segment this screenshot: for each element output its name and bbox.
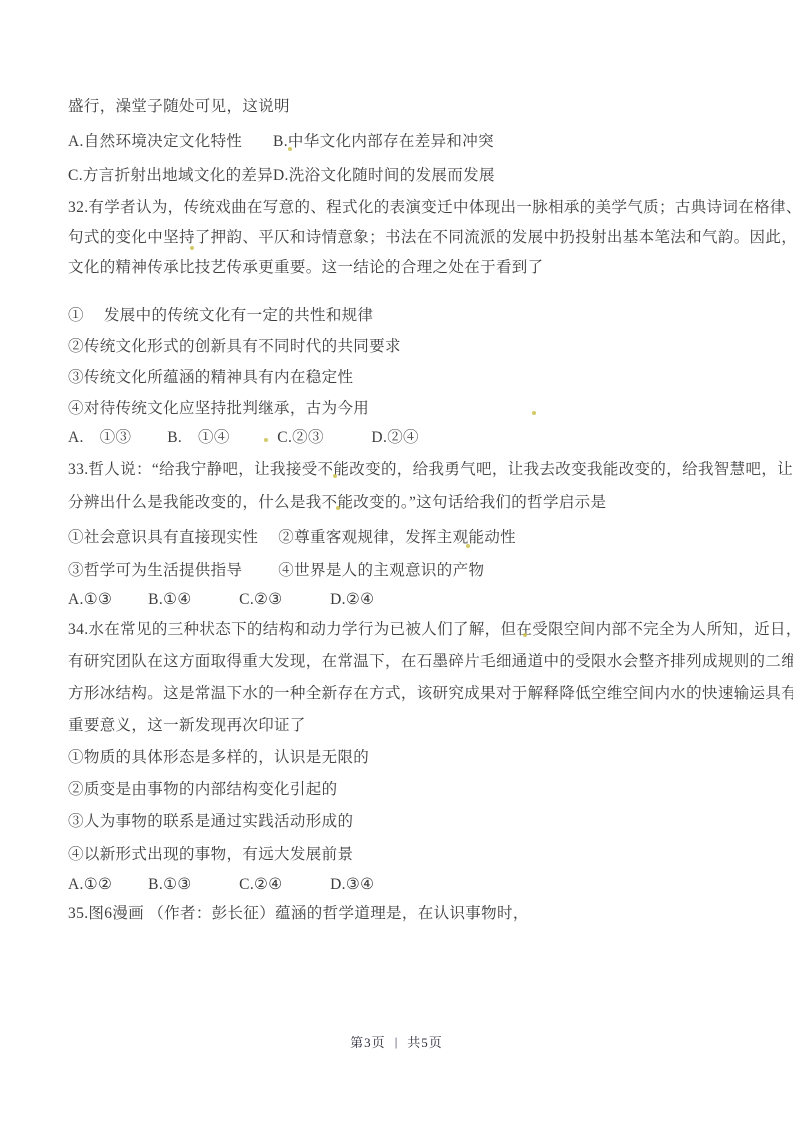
q34-stem-line3: 方形冰结构。这是常温下水的一种全新存在方式，该研究成果对于解释降低空维空间内水的… [68, 683, 738, 705]
q34-stem-line2: 有研究团队在这方面取得重大发现，在常温下，在石墨碎片毛细通道中的受限水会整齐排列… [68, 651, 738, 673]
scan-artifact-dot [288, 147, 292, 151]
footer-page-number: 第3页 [350, 1032, 386, 1051]
q34-answer-row: A.①② B.①③ C.②④ D.③④ [68, 874, 738, 896]
q34-item-2: ②质变是由事物的内部结构变化引起的 [68, 779, 738, 801]
document-page: 盛行，澡堂子随处可见，这说明 A.自然环境决定文化特性 B.中华文化内部存在差异… [0, 0, 793, 1122]
scan-artifact-dot [190, 246, 194, 250]
q32-item-4: ④对待传统文化应坚持批判继承，古为今用 [68, 398, 738, 420]
q32-stem-line1: 32.有学者认为，传统戏曲在写意的、程式化的表演变迁中体现出一脉相承的美学气质；… [68, 197, 738, 219]
q32-item-1: ① 发展中的传统文化有一定的共性和规律 [68, 305, 738, 327]
footer-separator: | [395, 1034, 399, 1050]
q33-answer-row: A.①③ B.①④ C.②③ D.②④ [68, 589, 738, 611]
q33-items-row1: ①社会意识具有直接现实性 ②尊重客观规律，发挥主观能动性 [68, 527, 738, 549]
footer-total-pages: 共5页 [407, 1032, 443, 1051]
scan-artifact-dot [532, 411, 536, 415]
scan-artifact-dot [333, 474, 337, 478]
page-footer: 第3页 | 共5页 [0, 1032, 793, 1051]
scan-artifact-dot [336, 506, 340, 510]
q34-stem-line1: 34.水在常见的三种状态下的结构和动力学行为已被人们了解，但在受限空间内部不完全… [68, 619, 738, 641]
q34-item-1: ①物质的具体形态是多样的，认识是无限的 [68, 747, 738, 769]
q31-option-d: D.洗浴文化随时间的发展而发展 [273, 165, 738, 187]
q33-stem-line1: 33.哲人说：“给我宁静吧，让我接受不能改变的，给我勇气吧，让我去改变我能改变的… [68, 459, 738, 481]
q32-item-3: ③传统文化所蕴涵的精神具有内在稳定性 [68, 367, 738, 389]
q32-stem-line3: 文化的精神传承比技艺传承更重要。这一结论的合理之处在于看到了 [68, 257, 738, 279]
q35-stem-line1: 35.图6漫画 （作者：彭长征）蕴涵的哲学道理是，在认识事物时， [68, 903, 738, 925]
q34-item-3: ③人为事物的联系是通过实践活动形成的 [68, 811, 738, 833]
q34-item-4: ④以新形式出现的事物，有远大发展前景 [68, 844, 738, 866]
q33-stem-line2: 分辨出什么是我能改变的，什么是我不能改变的。”这句话给我们的哲学启示是 [68, 492, 738, 514]
q32-item-2: ②传统文化形式的创新具有不同时代的共同要求 [68, 336, 738, 358]
q32-answer-row: A. ①③ B. ①④ C.②③ D.②④ [68, 427, 738, 449]
scan-artifact-dot [264, 438, 268, 442]
q31-tail-line: 盛行，澡堂子随处可见，这说明 [68, 96, 738, 118]
q31-option-b: B.中华文化内部存在差异和冲突 [273, 131, 738, 153]
q32-stem-line2: 句式的变化中坚持了押韵、平仄和诗情意象；书法在不同流派的发展中扔投射出基本笔法和… [68, 227, 738, 249]
scan-artifact-dot [523, 633, 527, 637]
q34-stem-line4: 重要意义，这一新发现再次印证了 [68, 715, 738, 737]
scan-artifact-dot [466, 544, 470, 548]
q33-items-row2: ③哲学可为生活提供指导 ④世界是人的主观意识的产物 [68, 560, 738, 582]
